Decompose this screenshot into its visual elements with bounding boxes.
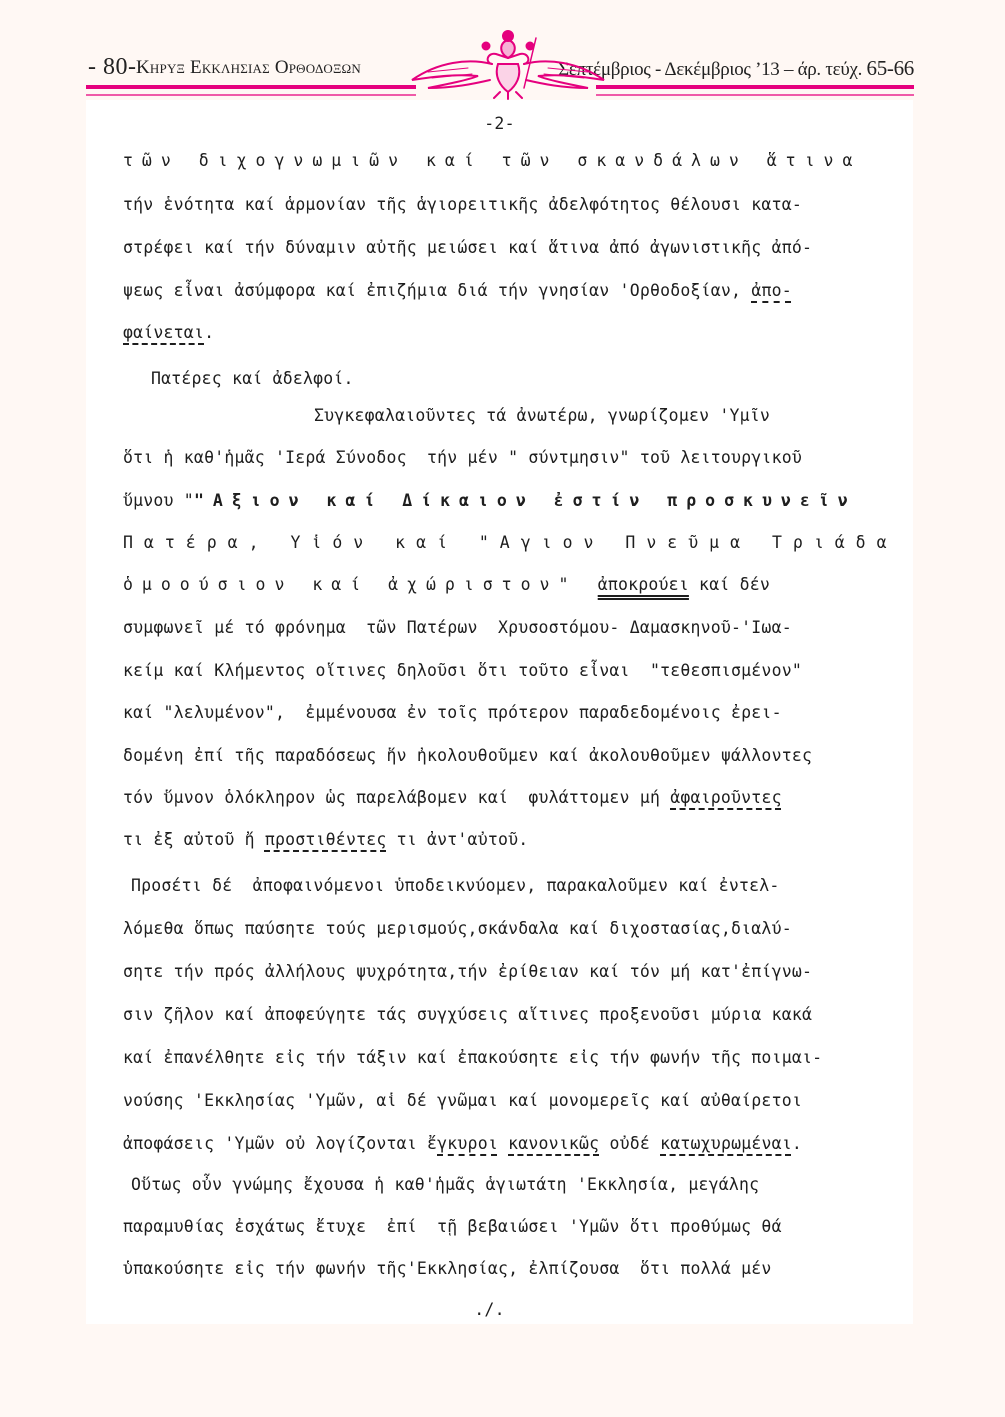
page-header: - 80- Κηρυξ Εκκλησιας Ορθοδοξων Σεπτέμβρ… [86, 44, 914, 100]
issue-info: Σεπτέμβριος - Δεκέμβριος ’13 – άρ. τεύχ.… [558, 56, 914, 81]
header-rule-left-thick [86, 85, 416, 89]
underlined-word: φαίνεται [123, 323, 204, 342]
underlined-word: κανονικῶς [508, 1134, 599, 1153]
text-line: κείμ καί Κλήμεντος οἵτινες δηλοῦσι ὅτι τ… [123, 661, 802, 680]
text-line: δομένη ἐπί τῆς παραδόσεως ἥν ἠκολουθοῦμε… [123, 746, 812, 765]
text-line: Οὕτως οὖν γνώμης ἔχουσα ἡ καθ'ἡμᾶς ἁγιωτ… [131, 1175, 759, 1194]
salutation: Πατέρες καί ἀδελφοί. [151, 369, 354, 388]
text-line: σιν ζῆλον καί ἀποφεύγητε τάς συγχύσεις α… [123, 1005, 812, 1024]
text-line: ψεως εἶναι ἀσύμφορα καί ἐπιζήμια διά τήν… [123, 281, 792, 300]
scanned-document: -2- τῶν διχογνωμιῶν καί τῶν σκανδάλων ἅτ… [86, 100, 913, 1324]
text-line: συμφωνεῖ μέ τό φρόνημα τῶν Πατέρων Χρυσο… [123, 618, 792, 637]
header-rule-left-thin [86, 94, 416, 96]
text-line: ὁμοούσιον καί ἀχώριστον" ἀποκρούει καί δ… [123, 575, 770, 594]
text-line: παραμυθίας ἐσχάτως ἔτυχε ἐπί τῇ βεβαιώσε… [123, 1217, 782, 1236]
text-line: Συγκεφαλαιοῦντες τά ἀνωτέρω, γνωρίζομεν … [314, 406, 770, 425]
underlined-word: ἀπο- [751, 281, 792, 300]
text-line: λόμεθα ὅπως παύσητε τούς μερισμούς,σκάνδ… [123, 919, 792, 938]
text-line: στρέφει καί τήν δύναμιν αὐτῆς μειώσει κα… [123, 238, 812, 257]
double-headed-eagle-icon [408, 28, 608, 100]
header-rule-right-thin [596, 94, 914, 96]
text-line: τόν ὕμνον ὁλόκληρον ὡς παρελάβομεν καί φ… [123, 788, 782, 807]
journal-title: Κηρυξ Εκκλησιας Ορθοδοξων [136, 57, 361, 79]
text-line: τῶν διχογνωμιῶν καί τῶν σκανδάλων ἅτινα [123, 151, 861, 170]
text-line: Προσέτι δέ ἀποφαινόμενοι ὑποδεικνύομεν, … [131, 876, 780, 895]
continuation-mark: ./. [86, 1300, 913, 1319]
double-underlined-word: ἀποκρούει [598, 575, 689, 594]
text-line: καί ἐπανέλθητε εἰς τήν τάξιν καί ἐπακούσ… [123, 1048, 822, 1067]
text-line: τι ἐξ αὐτοῦ ἤ προστιθέντες τι ἀντ'αὐτοῦ. [123, 830, 528, 849]
underlined-word: ἀφαιροῦντες [670, 788, 781, 807]
text-line: Πατέρα, Υἱόν καί "Αγιον Πνεῦμα Τριάδα [123, 533, 898, 552]
text-line: ἀποφάσεις 'Υμῶν οὐ λογίζονται ἔγκυροι κα… [123, 1134, 802, 1153]
issue-numbers: 65-66 [867, 56, 915, 80]
text-line: τήν ἑνότητα καί ἁρμονίαν τῆς ἁγιορειτικῆ… [123, 195, 802, 214]
text-line: καί "λελυμένον", ἐμμένουσα ἐν τοῖς πρότε… [123, 703, 782, 722]
page-number: - 80- [88, 54, 136, 81]
underlined-word: γκυροι [437, 1134, 498, 1153]
underlined-word: προστιθέντες [265, 830, 387, 849]
header-rule-right-thick [596, 85, 914, 89]
text-line: φαίνεται. [123, 323, 214, 342]
text-line: ὕμνου ""Αξιον καί Δίκαιον ἐστίν προσκυνε… [123, 491, 857, 510]
text-line: ὅτι ἡ καθ'ἡμᾶς 'Ιερά Σύνοδος τήν μέν " σ… [123, 448, 802, 467]
text-line: νούσης 'Εκκλησίας 'Υμῶν, αἱ δέ γνῶμαι κα… [123, 1091, 802, 1110]
text-line: σητε τήν πρός ἀλλήλους ψυχρότητα,τήν ἐρί… [123, 962, 812, 981]
text-line: ὑπακούσητε εἰς τήν φωνήν τῆς'Εκκλησίας, … [123, 1259, 772, 1278]
page-marker: -2- [86, 114, 913, 133]
underlined-word: κατωχυρωμέναι [660, 1134, 792, 1153]
